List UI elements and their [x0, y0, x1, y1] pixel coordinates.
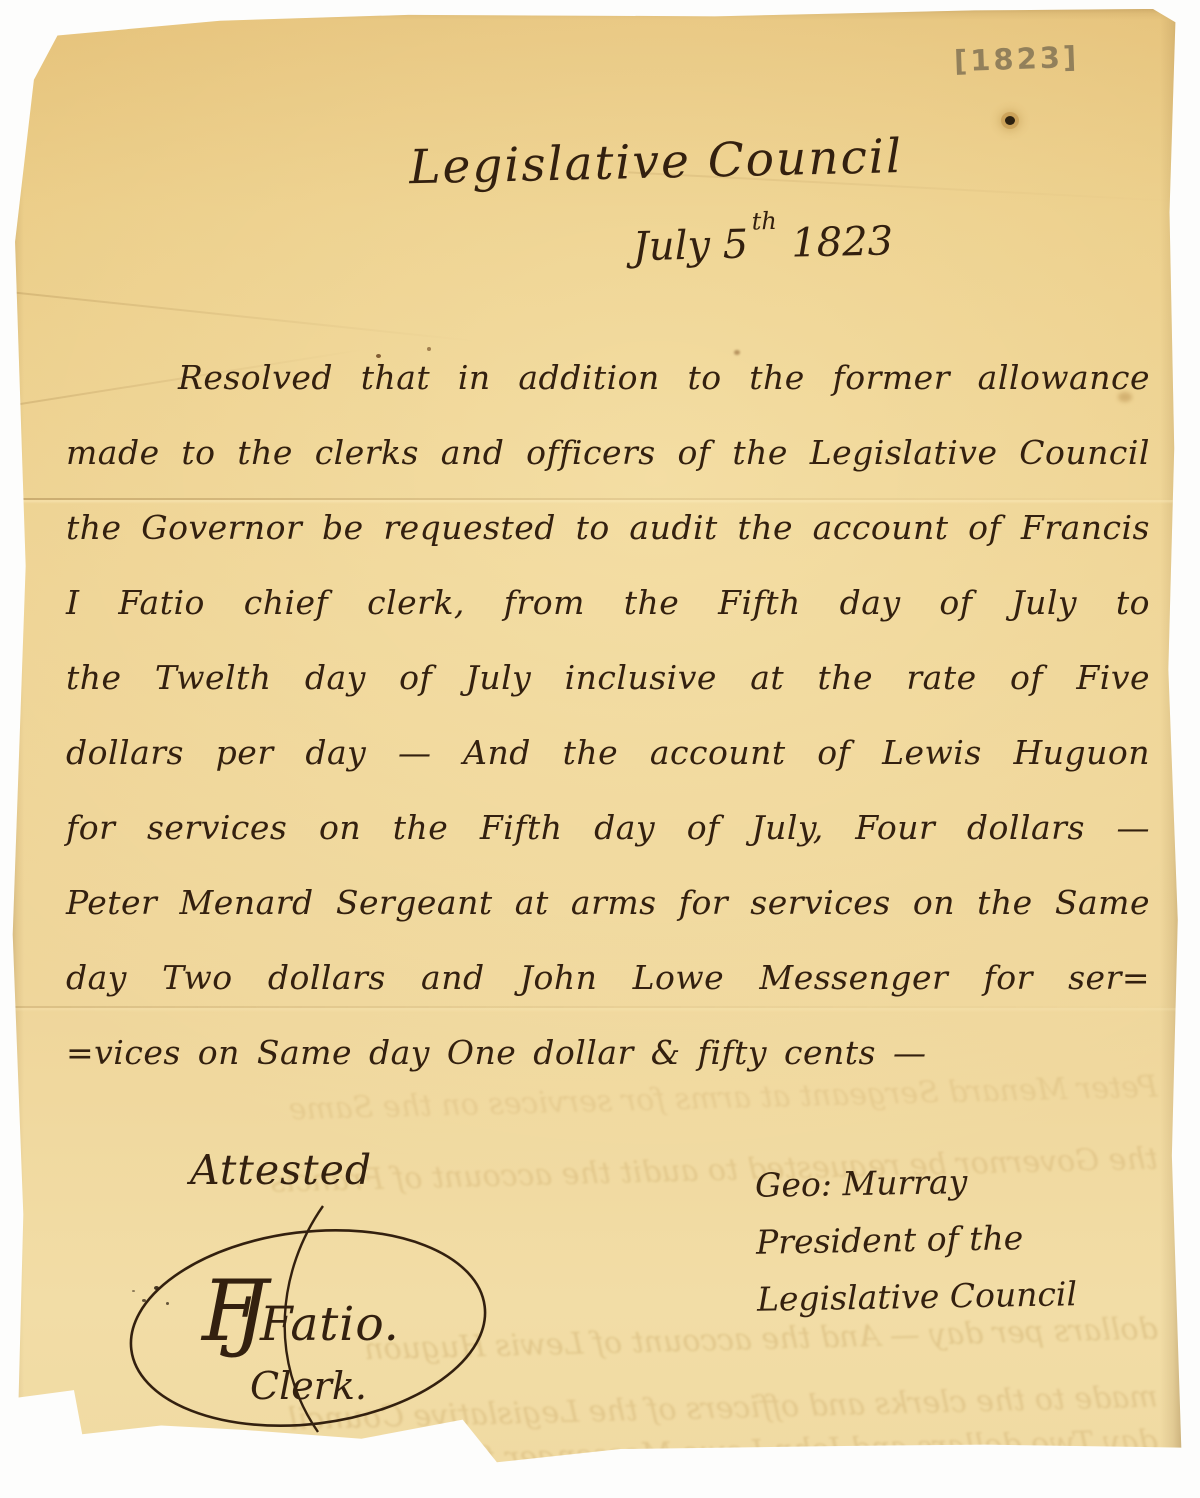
pencil-year-annotation: [1823]	[953, 40, 1079, 78]
president-title-line1: President of the	[756, 1208, 1077, 1271]
ink-hole-spot	[1005, 116, 1015, 125]
body-line: the Twelth day of July inclusive at the …	[66, 658, 1150, 733]
heading-date: July 5th1823	[8, 198, 1187, 285]
resolution-body: Resolved that in addition to the former …	[66, 358, 1150, 1108]
body-line: =vices on Same day One dollar & fifty ce…	[66, 1033, 1150, 1108]
body-line: Peter Menard Sergeant at arms for servic…	[66, 883, 1150, 958]
diagonal-crease-1	[0, 288, 477, 342]
body-line: dollars per day — And the account of Lew…	[66, 733, 1150, 808]
scanned-document: Peter Menard Sergeant at arms for servic…	[0, 0, 1200, 1498]
heading-title: Legislative Council	[7, 123, 1186, 205]
clerk-attestation-block: Attested FJFatio. Clerk.	[118, 1146, 538, 1440]
body-line: made to the clerks and officers of the L…	[66, 433, 1150, 508]
clerk-signature-initials: FJ	[202, 1262, 242, 1360]
document-heading: Legislative Council July 5th1823	[7, 123, 1188, 285]
heading-date-ordinal: th	[751, 207, 777, 236]
paper-sheet: Peter Menard Sergeant at arms for servic…	[8, 6, 1186, 1480]
body-line: the Governor be requested to audit the a…	[66, 508, 1150, 583]
body-line: day Two dollars and John Lowe Messenger …	[66, 958, 1150, 1033]
body-line: for services on the Fifth day of July, F…	[66, 808, 1150, 883]
heading-date-day: July 5	[632, 222, 748, 271]
president-signature-name: Geo: Murray	[755, 1151, 1076, 1214]
paper-edge-shadow-bottom	[8, 1460, 1186, 1480]
bleed-through-line: day Two dollars and John Lowe Messenger …	[48, 1423, 1159, 1498]
president-signature-block: Geo: Murray President of the Legislative…	[755, 1151, 1078, 1328]
stain-speck-3	[734, 350, 740, 355]
heading-date-year: 1823	[791, 218, 894, 266]
attested-label: Attested	[118, 1146, 538, 1194]
body-line: I Fatio chief clerk, from the Fifth day …	[66, 583, 1150, 658]
clerk-signature-name: FJFatio.	[202, 1262, 400, 1360]
clerk-signature: FJFatio. Clerk.	[118, 1200, 518, 1440]
president-title-line2: Legislative Council	[757, 1265, 1078, 1328]
clerk-signature-surname: Fatio.	[260, 1297, 400, 1352]
clerk-title: Clerk.	[250, 1364, 367, 1408]
paper-edge-shadow-top	[8, 6, 1186, 20]
body-line: Resolved that in addition to the former …	[66, 358, 1150, 433]
stain-speck-2	[427, 347, 431, 351]
